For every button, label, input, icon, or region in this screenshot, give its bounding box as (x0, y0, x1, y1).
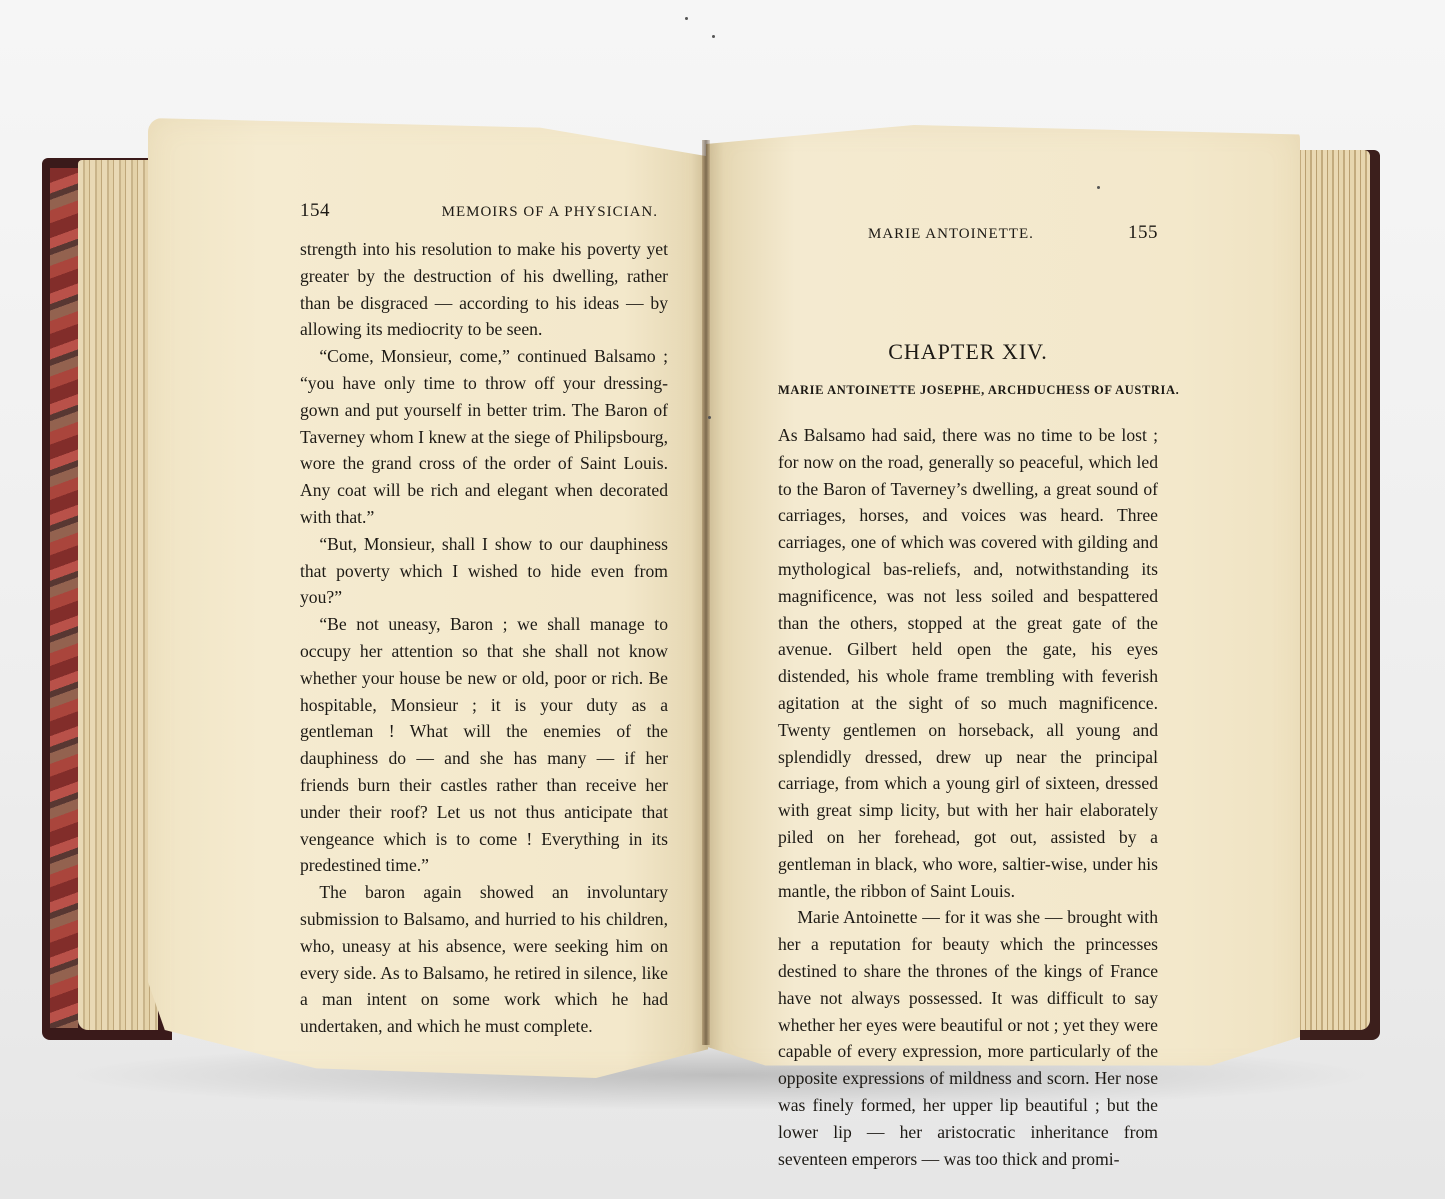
paragraph: strength into his resolution to make his… (300, 236, 668, 343)
ink-speck (708, 416, 711, 419)
dust-speck (685, 17, 688, 20)
paragraph: “But, Monsieur, shall I show to our daup… (300, 531, 668, 611)
book-photo: 154 MEMOIRS OF A PHYSICIAN. strength int… (0, 0, 1445, 1199)
paragraph: “Come, Monsieur, come,” continued Balsam… (300, 343, 668, 531)
ink-speck (1097, 186, 1100, 189)
chapter-subtitle: MARIE ANTOINETTE JOSEPHE, ARCHDUCHESS OF… (778, 383, 1158, 398)
marbled-edge (50, 168, 78, 1028)
running-title: MEMOIRS OF A PHYSICIAN. (442, 204, 658, 221)
left-page-text: 154 MEMOIRS OF A PHYSICIAN. strength int… (300, 200, 668, 1040)
dust-speck (712, 35, 715, 38)
running-title: MARIE ANTOINETTE. (868, 226, 1034, 243)
chapter-title: CHAPTER XIV. (778, 339, 1158, 365)
page-number: 155 (1128, 222, 1158, 244)
right-page-text: MARIE ANTOINETTE. 155 CHAPTER XIV. MARIE… (778, 222, 1158, 1172)
book-gutter (702, 140, 710, 1045)
right-running-head: MARIE ANTOINETTE. 155 (778, 222, 1158, 244)
left-running-head: 154 MEMOIRS OF A PHYSICIAN. (300, 200, 668, 222)
page-number: 154 (300, 200, 330, 222)
paragraph: Marie Antoinette — for it was she — brou… (778, 904, 1158, 1172)
paragraph: As Balsamo had said, there was no time t… (778, 422, 1158, 904)
paragraph: The baron again showed an involuntary su… (300, 879, 668, 1040)
right-page-edges (1295, 150, 1370, 1030)
left-page-edges (78, 160, 158, 1030)
paragraph: “Be not uneasy, Baron ; we shall manage … (300, 611, 668, 879)
